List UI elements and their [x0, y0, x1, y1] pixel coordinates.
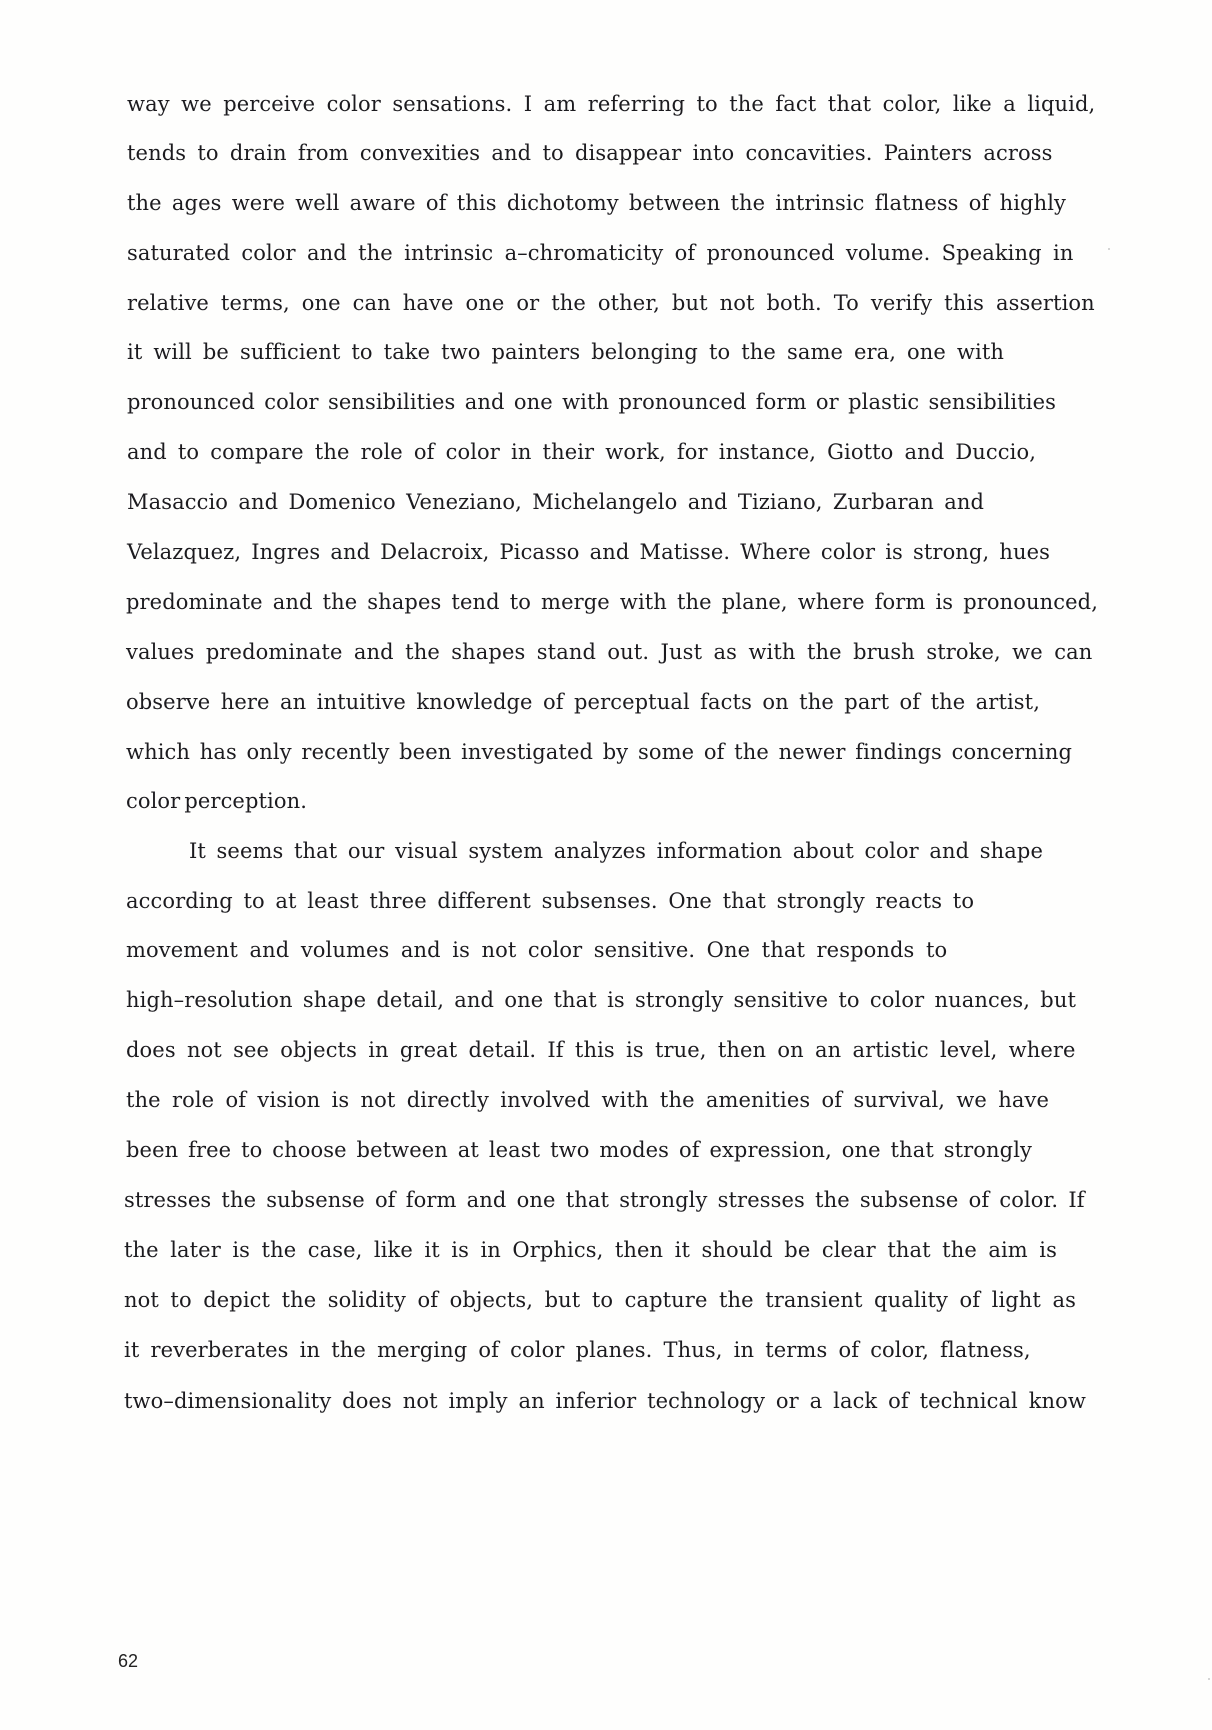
text-line: stresses the subsense of form and one th…: [124, 1188, 1085, 1212]
text-line: movement and volumes and is not color se…: [126, 938, 947, 962]
text-line: Masaccio and Domenico Veneziano, Michela…: [127, 490, 984, 514]
text-line: observe here an intuitive knowledge of p…: [126, 690, 1040, 714]
text-line: predominate and the shapes tend to merge…: [126, 590, 1098, 614]
text-line: tends to drain from convexities and to d…: [127, 141, 1053, 165]
text-line: the role of vision is not directly invol…: [126, 1088, 1049, 1112]
text-line: relative terms, one can have one or the …: [127, 291, 1095, 315]
text-line: been free to choose between at least two…: [126, 1138, 1032, 1162]
text-line: high–resolution shape detail, and one th…: [126, 988, 1076, 1012]
scan-speck: [1208, 1678, 1210, 1680]
text-line: which has only recently been investigate…: [126, 740, 1072, 764]
text-line: Velazquez, Ingres and Delacroix, Picasso…: [127, 540, 1050, 564]
text-line: not to depict the solidity of objects, b…: [124, 1288, 1076, 1312]
text-line: color perception.: [126, 789, 307, 813]
text-line: saturated color and the intrinsic a–chro…: [127, 241, 1073, 265]
text-line: way we perceive color sensations. I am r…: [127, 92, 1095, 116]
text-line: It seems that our visual system analyzes…: [189, 839, 1043, 863]
text-line: and to compare the role of color in thei…: [127, 440, 1036, 464]
text-line: the later is the case, like it is in Orp…: [124, 1238, 1057, 1262]
text-line: according to at least three different su…: [126, 889, 974, 913]
scan-speck: [1108, 248, 1110, 250]
text-line: it reverberates in the merging of color …: [124, 1338, 1031, 1362]
text-line: it will be sufficient to take two painte…: [127, 340, 1004, 364]
text-line: two–dimensionality does not imply an inf…: [124, 1389, 1086, 1413]
text-line: pronounced color sensibilities and one w…: [127, 390, 1056, 414]
text-line: values predominate and the shapes stand …: [126, 640, 1092, 664]
text-line: does not see objects in great detail. If…: [126, 1038, 1076, 1062]
page-number: 62: [118, 1651, 138, 1672]
text-line: the ages were well aware of this dichoto…: [127, 191, 1066, 215]
document-page: way we perceive color sensations. I am r…: [0, 0, 1212, 1730]
